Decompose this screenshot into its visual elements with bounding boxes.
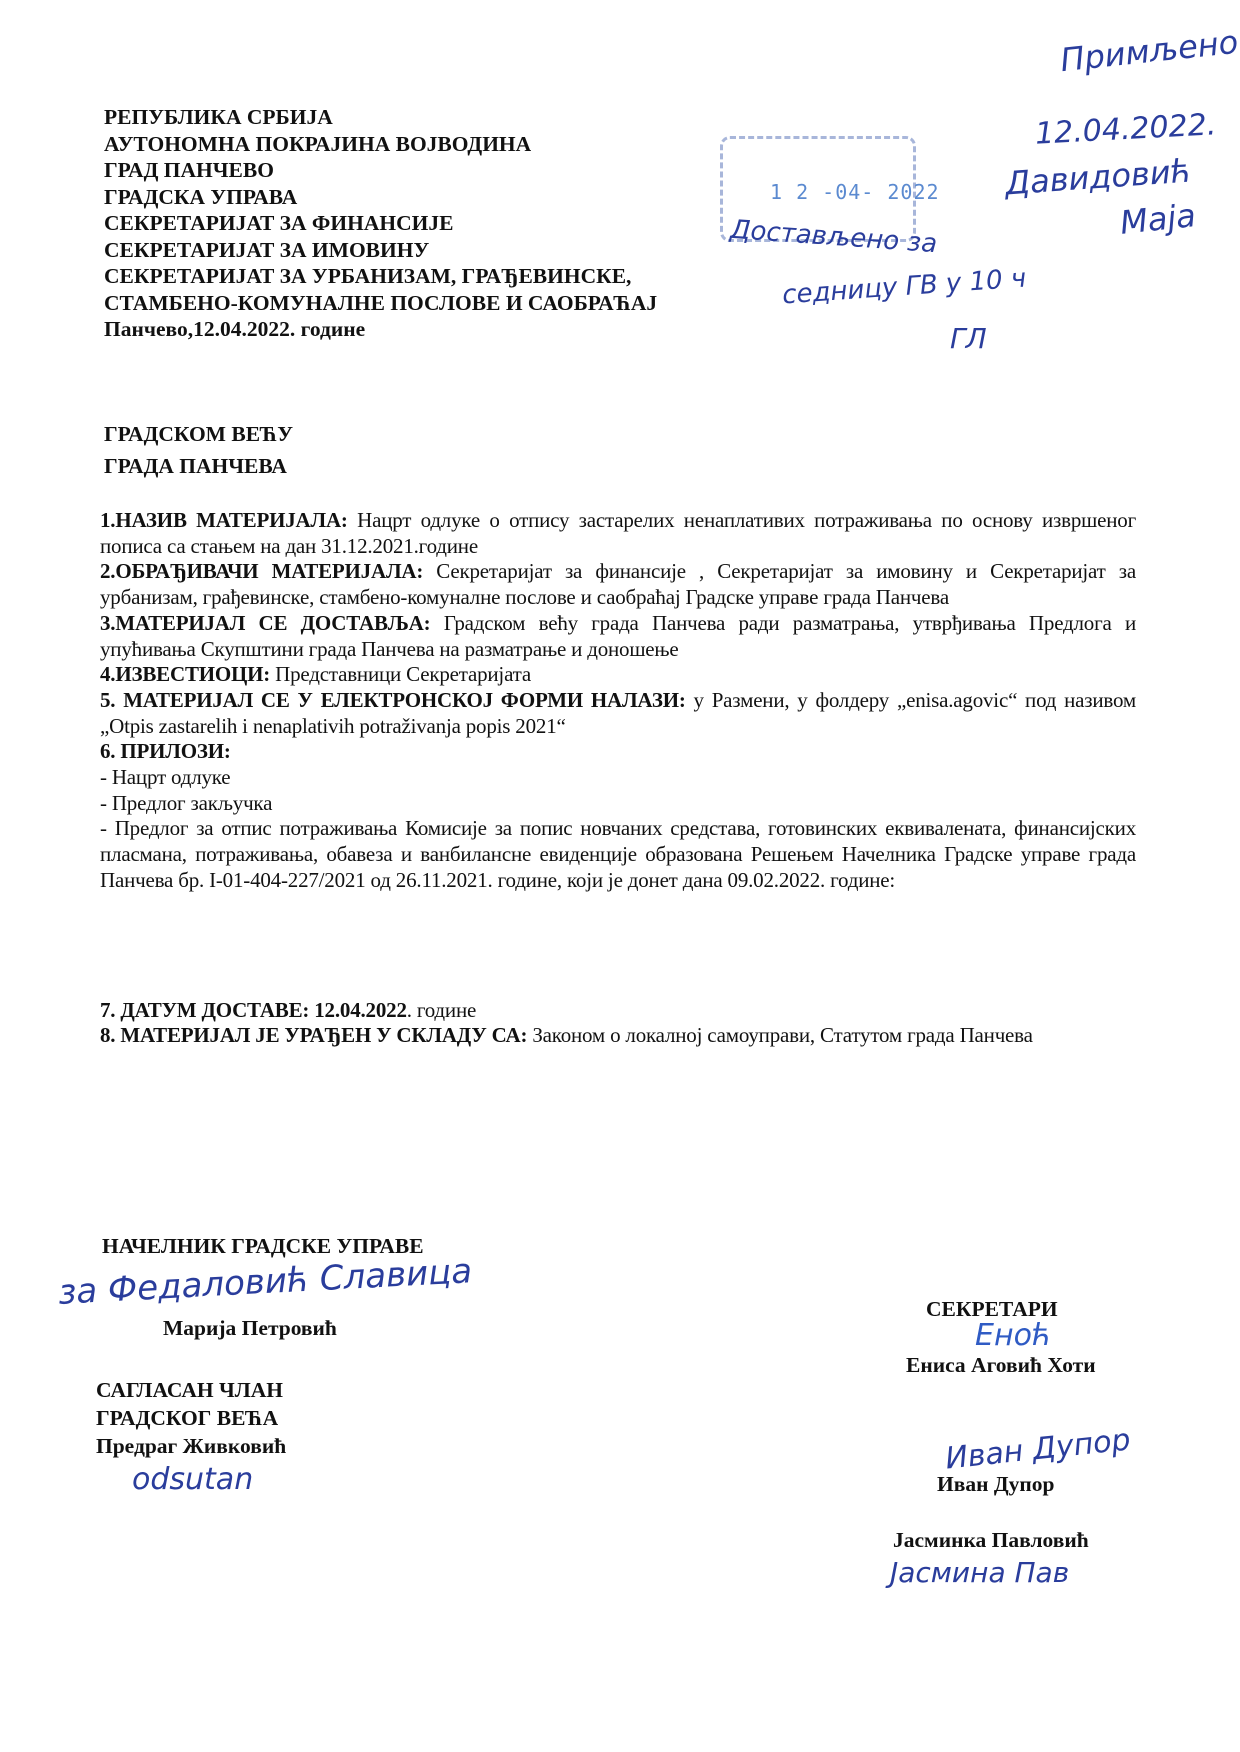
section-label: 8. МАТЕРИЈАЛ ЈЕ УРАЂЕН У СКЛАДУ СА: bbox=[100, 1023, 527, 1047]
spacer bbox=[100, 894, 1136, 998]
section-label: 5. МАТЕРИЈАЛ СЕ У ЕЛЕКТРОНСКОЈ ФОРМИ НАЛ… bbox=[100, 688, 686, 712]
section-delivery-date: 7. ДАТУМ ДОСТАВЕ: 12.04.2022. године bbox=[100, 998, 1136, 1024]
signature-secretary-1-name: Ениса Аговић Хоти bbox=[906, 1352, 1096, 1378]
section-rapporteurs: 4.ИЗВЕСТИОЦИ: Представници Секретаријата bbox=[100, 662, 1136, 688]
recipient: ГРАДСКОМ ВЕЋУ ГРАДА ПАНЧЕВА bbox=[104, 418, 293, 482]
material-details: 1.НАЗИВ МАТЕРИЈАЛА: Нацрт одлуке о отпис… bbox=[100, 508, 1136, 1049]
signature-council-title-1: САГЛАСАН ЧЛАН bbox=[96, 1377, 283, 1403]
section-electronic-location: 5. МАТЕРИЈАЛ СЕ У ЕЛЕКТРОНСКОЈ ФОРМИ НАЛ… bbox=[100, 688, 1136, 739]
stamp-date: 1 2 -04- 2022 bbox=[770, 180, 940, 204]
section-material-name: 1.НАЗИВ МАТЕРИЈАЛА: Нацрт одлуке о отпис… bbox=[100, 508, 1136, 559]
section-label: 1.НАЗИВ МАТЕРИЈАЛА: bbox=[100, 508, 348, 532]
handwritten-delivery-note-line2: седницу ГВ у 10 ч bbox=[781, 264, 1027, 311]
handwritten-signature-secretary-2: Иван Дупор bbox=[944, 1422, 1132, 1476]
section-text: Представници Секретаријата bbox=[270, 662, 531, 686]
handwritten-received-surname: Давидовић bbox=[1004, 152, 1193, 203]
section-label: 7. ДАТУМ ДОСТАВЕ: 12.04.2022 bbox=[100, 998, 407, 1022]
signature-secretary-3-name: Јасминка Павловић bbox=[893, 1527, 1089, 1553]
section-delivered-to: 3.МАТЕРИЈАЛ СЕ ДОСТАВЉА: Градском већу г… bbox=[100, 611, 1136, 662]
section-text: Законом о локалној самоуправи, Статутом … bbox=[527, 1023, 1032, 1047]
section-prepared-by: 2.ОБРАЂИВАЧИ МАТЕРИЈАЛА: Секретаријат за… bbox=[100, 559, 1136, 610]
signature-secretary-2-name: Иван Дупор bbox=[937, 1471, 1054, 1497]
handwritten-absent-note: odsutan bbox=[132, 1462, 253, 1497]
attachment-item: - Предлог закључка bbox=[100, 791, 1136, 817]
letterhead-line-urbanism-secretariat: СЕКРЕТАРИЈАТ ЗА УРБАНИЗАМ, ГРАЂЕВИНСКЕ, bbox=[104, 263, 657, 290]
signature-council-name: Предраг Живковић bbox=[96, 1433, 286, 1459]
letterhead-line-city: ГРАД ПАНЧЕВО bbox=[104, 157, 657, 184]
signature-head-title: НАЧЕЛНИК ГРАДСКЕ УПРАВЕ bbox=[102, 1233, 424, 1259]
handwritten-signature-secretary-3: Јасмина Пав bbox=[890, 1556, 1069, 1589]
section-label: 4.ИЗВЕСТИОЦИ: bbox=[100, 662, 270, 686]
section-compliance: 8. МАТЕРИЈАЛ ЈЕ УРАЂЕН У СКЛАДУ СА: Зако… bbox=[100, 1023, 1136, 1049]
letterhead-line-finance-secretariat: СЕКРЕТАРИЈАТ ЗА ФИНАНСИЈЕ bbox=[104, 210, 657, 237]
letterhead-line-property-secretariat: СЕКРЕТАРИЈАТ ЗА ИМОВИНУ bbox=[104, 237, 657, 264]
handwritten-received-date: 12.04.2022. bbox=[1034, 107, 1217, 151]
attachment-item: - Предлог за отпис потраживања Комисије … bbox=[100, 816, 1136, 893]
recipient-line-city: ГРАДА ПАНЧЕВА bbox=[104, 450, 293, 482]
handwritten-received-label: Примљено bbox=[1059, 23, 1240, 79]
letterhead-line-communal: СТАМБЕНО-КОМУНАЛНЕ ПОСЛОВЕ И САОБРАЋАЈ bbox=[104, 290, 657, 317]
attachment-item: - Нацрт одлуке bbox=[100, 765, 1136, 791]
letterhead-line-administration: ГРАДСКА УПРАВА bbox=[104, 184, 657, 211]
handwritten-received-name: Маја bbox=[1118, 196, 1197, 242]
handwritten-signature-secretary-1: Еноћ bbox=[975, 1318, 1051, 1353]
document-page: РЕПУБЛИКА СРБИЈА АУТОНОМНА ПОКРАЈИНА ВОЈ… bbox=[0, 0, 1240, 1752]
section-label: 6. ПРИЛОЗИ: bbox=[100, 739, 231, 763]
recipient-line-council: ГРАДСКОМ ВЕЋУ bbox=[104, 418, 293, 450]
section-attachments: 6. ПРИЛОЗИ: bbox=[100, 739, 1136, 765]
signature-council-title-2: ГРАДСКОГ ВЕЋА bbox=[96, 1405, 278, 1431]
signature-head-name: Марија Петровић bbox=[163, 1315, 337, 1341]
section-label: 2.ОБРАЂИВАЧИ МАТЕРИЈАЛА: bbox=[100, 559, 423, 583]
section-label: 3.МАТЕРИЈАЛ СЕ ДОСТАВЉА: bbox=[100, 611, 430, 635]
letterhead-line-province: АУТОНОМНА ПОКРАЈИНА ВОЈВОДИНА bbox=[104, 131, 657, 158]
handwritten-initials: ГЛ bbox=[950, 322, 987, 355]
letterhead-date: Панчево,12.04.2022. године bbox=[104, 316, 657, 343]
letterhead-line-republic: РЕПУБЛИКА СРБИЈА bbox=[104, 104, 657, 131]
handwritten-signature-head: за Федаловић Славица bbox=[57, 1251, 473, 1313]
section-text: . године bbox=[407, 998, 476, 1022]
letterhead: РЕПУБЛИКА СРБИЈА АУТОНОМНА ПОКРАЈИНА ВОЈ… bbox=[104, 104, 657, 343]
